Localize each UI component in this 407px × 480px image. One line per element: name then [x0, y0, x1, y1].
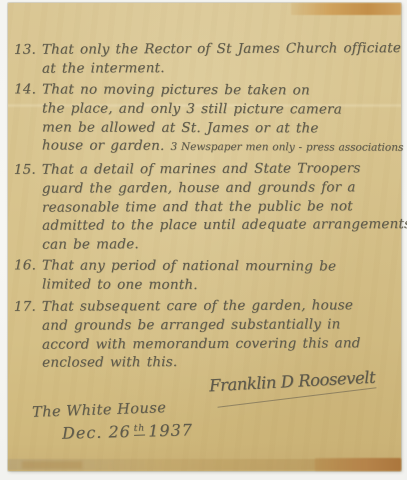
item-number: 15. [14, 160, 42, 254]
date-ordinal: th [134, 423, 146, 435]
handwriting-line: the place, and only 3 still picture came… [42, 99, 404, 119]
item-number: 14. [14, 80, 42, 156]
handwriting-line: limited to one month. [42, 275, 391, 295]
handwriting-line: That any period of national mourning be [42, 256, 391, 276]
handwriting-line: at the interment. [42, 58, 401, 78]
handwriting-line: That subsequent care of the garden, hous… [42, 297, 391, 317]
item-number: 17. [14, 298, 42, 373]
handwriting-line: That only the Rector of St James Church … [42, 39, 401, 59]
stain-bottom-right [315, 458, 401, 471]
scanned-document-background: 13. That only the Rector of St James Chu… [0, 0, 407, 480]
tape-residue-top-left [8, 3, 96, 16]
tape-residue-top-right [291, 3, 401, 15]
list-item-15: 15. That a detail of marines and State T… [14, 159, 391, 255]
handwriting-segment: house or garden. [42, 137, 165, 153]
list-item-14: 14. That no moving pictures be taken on … [14, 80, 391, 158]
stain-bottom-left [22, 461, 82, 469]
handwriting-line: guard the garden, house and grounds for … [42, 178, 407, 198]
handwritten-list: 13. That only the Rector of St James Chu… [14, 40, 391, 376]
handwriting-line: and grounds be arranged substantially in [42, 315, 391, 335]
list-item-13: 13. That only the Rector of St James Chu… [14, 39, 391, 78]
handwriting-line: house or garden. 3 Newspaper men only - … [42, 136, 404, 157]
item-number: 13. [14, 41, 42, 79]
date-line: Dec. 26th1937 [62, 420, 193, 442]
date-year: 1937 [148, 420, 193, 440]
list-item-16: 16. That any period of national mourning… [14, 256, 391, 295]
handwriting-line: can be made. [42, 234, 407, 254]
list-item-17: 17. That subsequent care of the garden, … [14, 297, 391, 374]
handwriting-line: That a detail of marines and State Troop… [42, 159, 407, 179]
item-number: 16. [14, 256, 42, 294]
date-day: Dec. 26 [62, 422, 131, 443]
place-line: The White House [32, 399, 193, 421]
handwriting-line: accord with memorandum covering this and [42, 334, 391, 354]
footer-block: The White House Dec. 26th1937 [32, 402, 193, 441]
handwriting-line: admitted to the place until adequate arr… [42, 215, 407, 235]
aged-paper-sheet: 13. That only the Rector of St James Chu… [8, 3, 401, 471]
handwriting-line: reasonable time and that the public be n… [42, 196, 407, 216]
inline-note: 3 Newspaper men only - press association… [170, 141, 403, 154]
handwriting-line: That no moving pictures be taken on [42, 80, 404, 100]
handwriting-line: men be allowed at St. James or at the [42, 118, 404, 138]
